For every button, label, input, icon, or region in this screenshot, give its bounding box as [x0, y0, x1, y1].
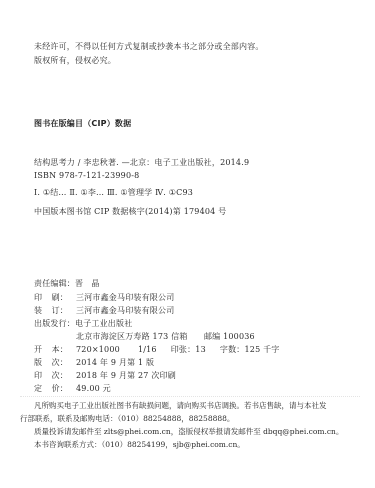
cip-heading: 图书在版编目（CIP）数据	[34, 119, 131, 129]
edition-row: 版次：2014 年 9 月第 1 版	[34, 358, 154, 368]
price-row: 定价：49.00 元	[34, 384, 111, 394]
publisher-row: 出版发行：电子工业出版社	[34, 319, 132, 329]
format-words: 字数：125 千字	[220, 345, 280, 354]
notice-complaint-contact: 质量投诉请发邮件至 zlts@phei.com.cn，盗版侵权举报请发邮件至 d…	[34, 425, 366, 438]
copyright-notice: 未经许可，不得以任何方式复制或抄袭本书之部分或全部内容。	[34, 42, 264, 52]
isbn: ISBN 978-7-121-23990-8	[34, 171, 139, 181]
editor-row: 责任编辑：晋 晶	[34, 279, 100, 289]
format-row: 开本：720×10001/16印张：13字数：125 千字	[34, 345, 280, 355]
impression-row: 印次：2018 年 9 月第 27 次印刷	[34, 371, 176, 381]
notice-p1-line1: 凡所购买电子工业出版社图书有缺损问题，请向购买书店调换。若书店售缺，请与本社发	[34, 399, 366, 412]
binding-label: 装订：	[34, 306, 68, 316]
notice-p1-line2: 行部联系，联系及邮购电话：（010）88254888，88258888。	[20, 412, 352, 425]
price-value: 49.00 元	[76, 384, 111, 393]
edition-label: 版次：	[34, 358, 68, 368]
publisher-value: 电子工业出版社	[75, 319, 132, 328]
publisher-label: 出版发行：	[34, 319, 75, 328]
editor-value: 晋 晶	[75, 279, 100, 288]
format-fold: 1/16	[138, 345, 157, 354]
format-size: 720×1000	[76, 345, 120, 354]
cip-classification: Ⅰ. ①结… Ⅱ. ①李… Ⅲ. ①管理学 Ⅳ. ①C93	[34, 188, 193, 198]
notice-inquiry-contact: 本书咨询联系方式：（010）88254199，sjb@phei.com.cn。	[34, 438, 366, 451]
publisher-address: 北京市海淀区万寿路 173 信箱 邮编 100036	[76, 332, 255, 342]
editor-label: 责任编辑：	[34, 279, 75, 288]
cip-number: 中国版本图书馆 CIP 数据核字(2014)第 179404 号	[34, 207, 226, 217]
impression-value: 2018 年 9 月第 27 次印刷	[76, 371, 176, 380]
rights-reserved: 版权所有，侵权必究。	[34, 56, 116, 66]
impression-label: 印次：	[34, 371, 68, 381]
printing-label: 印刷：	[34, 293, 68, 303]
format-label: 开本：	[34, 345, 68, 355]
printing-row: 印刷：三河市鑫金马印装有限公司	[34, 293, 174, 303]
printing-value: 三河市鑫金马印装有限公司	[76, 293, 174, 302]
format-sheets: 印张：13	[171, 345, 206, 354]
cip-title-line: 结构思考力 / 李忠秋著. —北京：电子工业出版社，2014.9	[34, 158, 249, 168]
divider	[20, 396, 360, 397]
edition-value: 2014 年 9 月第 1 版	[76, 358, 154, 367]
binding-row: 装订：三河市鑫金马印装有限公司	[34, 306, 174, 316]
price-label: 定价：	[34, 384, 68, 394]
binding-value: 三河市鑫金马印装有限公司	[76, 306, 174, 315]
